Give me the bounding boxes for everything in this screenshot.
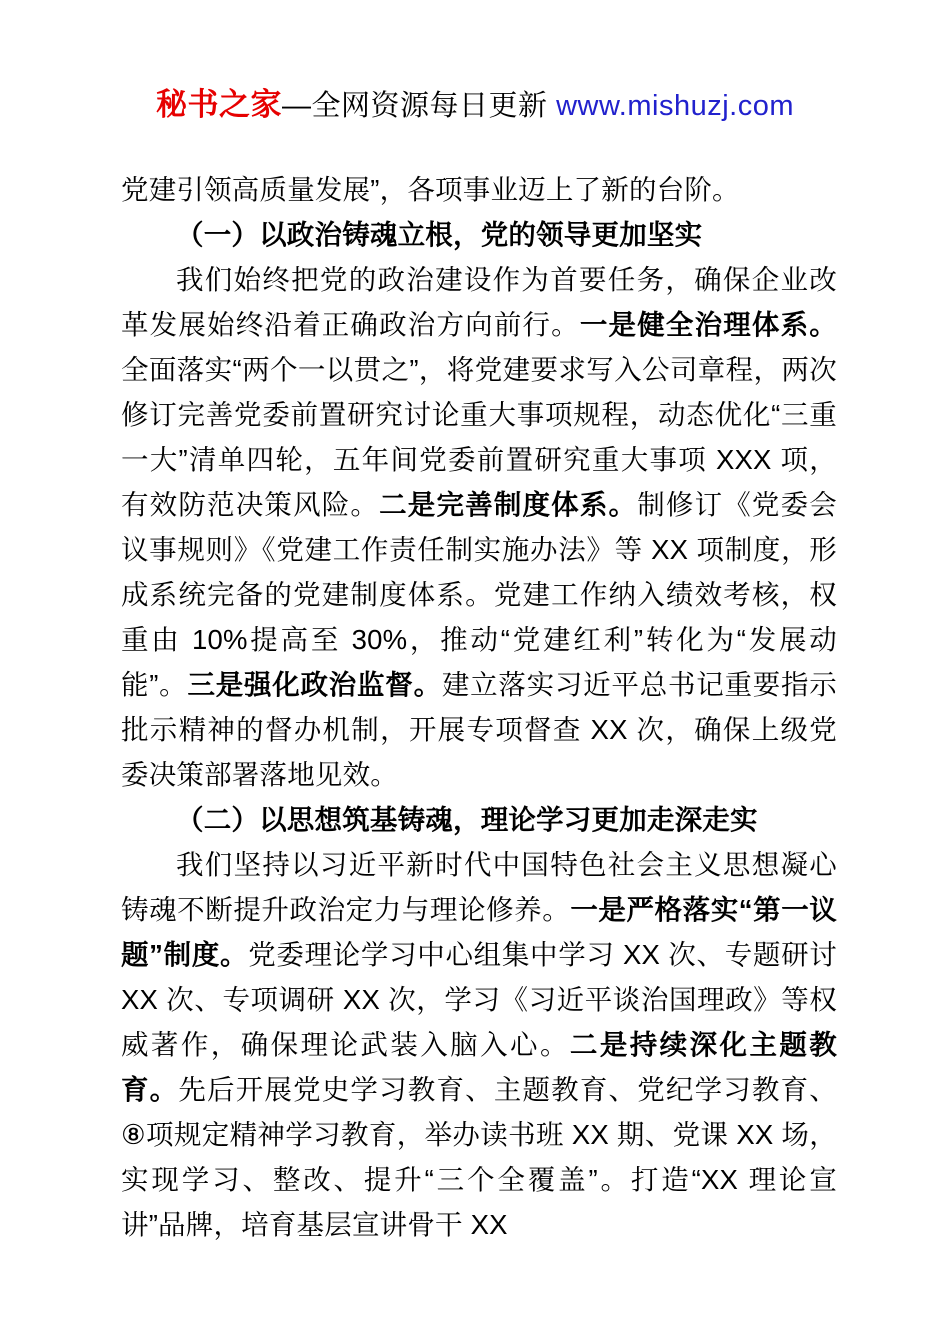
site-tagline: 全网资源每日更新: [311, 90, 547, 122]
emphasis-run: 一是健全治理体系。: [580, 309, 837, 340]
section-heading-one: （一）以政治铸魂立根，党的领导更加坚实: [121, 212, 837, 257]
emphasis-run: 二是完善制度体系。: [379, 489, 637, 520]
brand-dash: —: [282, 90, 312, 122]
site-watermark-header: 秘书之家—全网资源每日更新 www.mishuzj.com: [0, 0, 950, 125]
emphasis-run: 三是强化政治监督。: [187, 669, 441, 700]
paragraph-section-one: 我们始终把党的政治建设作为首要任务，确保企业改革发展始终沿着正确政治方向前行。一…: [121, 257, 837, 797]
spacer: [548, 90, 557, 122]
section-heading-two: （二）以思想筑基铸魂，理论学习更加走深走实: [121, 797, 837, 842]
document-body: 党建引领高质量发展”，各项事业迈上了新的台阶。 （一）以政治铸魂立根，党的领导更…: [121, 167, 837, 1247]
site-brand: 秘书之家: [156, 87, 282, 122]
paragraph-section-two: 我们坚持以习近平新时代中国特色社会主义思想凝心铸魂不断提升政治定力与理论修养。一…: [121, 842, 837, 1247]
document-page: 秘书之家—全网资源每日更新 www.mishuzj.com 党建引领高质量发展”…: [0, 0, 950, 1344]
site-url-link[interactable]: www.mishuzj.com: [556, 90, 794, 122]
heading-text: （二）以思想筑基铸魂，理论学习更加走深走实: [176, 804, 758, 835]
paragraph-continuation: 党建引领高质量发展”，各项事业迈上了新的台阶。: [121, 167, 837, 212]
text-run: 先后开展党史学习教育、主题教育、党纪学习教育、⑧项规定精神学习教育，举办读书班 …: [121, 1074, 837, 1240]
heading-text: （一）以政治铸魂立根，党的领导更加坚实: [176, 219, 702, 250]
text-run: 党建引领高质量发展”，各项事业迈上了新的台阶。: [121, 174, 740, 205]
